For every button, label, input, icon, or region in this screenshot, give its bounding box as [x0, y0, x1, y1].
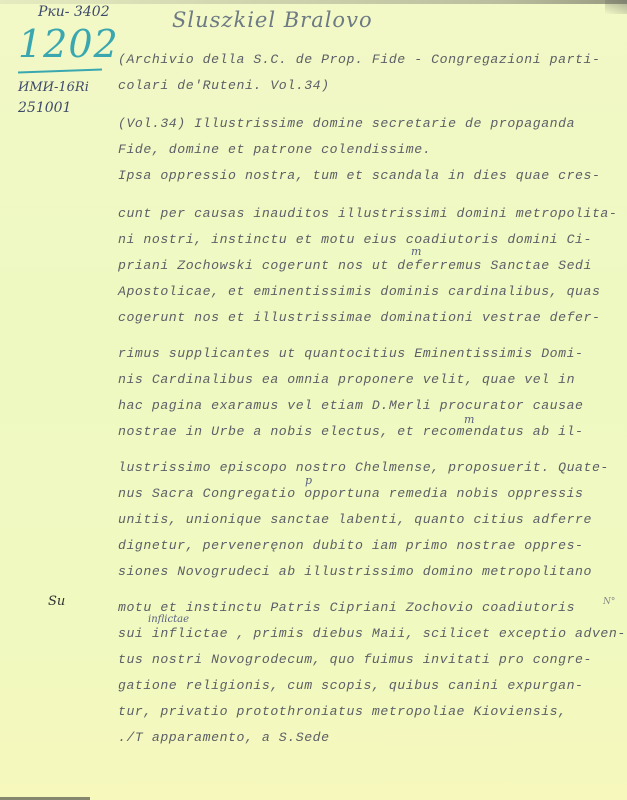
body-line: ./T apparamento, a S.Sede	[118, 730, 330, 745]
handwritten-superscript-p: p	[305, 474, 312, 487]
body-line: lustrissimo episcopo nostro Chelmense, p…	[118, 460, 609, 475]
margin-note-left: Su	[48, 594, 65, 609]
margin-note-right: N°	[603, 597, 615, 607]
body-line: nis Cardinalibus ea omnia proponere veli…	[118, 372, 575, 387]
body-line: Apostolicae, et eminentissimis dominis c…	[118, 284, 600, 299]
source-citation-line-1: (Archivio della S.C. de Prop. Fide - Con…	[118, 52, 600, 67]
body-line: Ipsa oppressio nostra, tum et scandala i…	[118, 168, 600, 183]
body-line: Fide, domine et patrone colendissime.	[118, 142, 431, 157]
body-line: siones Novogrudeci ab illustrissimo domi…	[118, 564, 592, 579]
body-line: sui inflictae , primis diebus Maii, scil…	[118, 626, 626, 641]
body-line: gatione religionis, cum scopis, quibus c…	[118, 678, 584, 693]
source-citation-line-2: colari de'Ruteni. Vol.34)	[118, 78, 330, 93]
page-corner-curl	[605, 0, 627, 14]
body-line: motu et instinctu Patris Cipriani Zochov…	[118, 600, 575, 615]
handwritten-superscript-m: m	[464, 413, 474, 426]
handwritten-insertion: inflictae	[148, 614, 189, 625]
body-line: dignetur, perveneręnon dubito iam primo …	[118, 538, 584, 553]
body-line: tur, privatio protothroniatus metropolia…	[118, 704, 567, 719]
body-line: nostrae in Urbe a nobis electus, et reco…	[118, 424, 584, 439]
archive-ref-code: ИМИ-16Ri	[18, 80, 89, 95]
body-line: nus Sacra Congregatio opportuna remedia …	[118, 486, 584, 501]
body-line: (Vol.34) Illustrissime domine secretarie…	[118, 116, 575, 131]
body-line: cunt per causas inauditos illustrissimi …	[118, 206, 617, 221]
archive-ref-top-note: Рки- 3402	[38, 4, 110, 20]
body-line: cogerunt nos et illustrissimae dominatio…	[118, 310, 600, 325]
archive-ref-id: 251001	[18, 100, 71, 116]
body-line: rimus supplicantes ut quantocitius Emine…	[118, 346, 584, 361]
body-line: tus nostri Novogrodecum, quo fuimus invi…	[118, 652, 592, 667]
body-line: unitis, unionique sanctae labenti, quant…	[118, 512, 592, 527]
handwritten-superscript-m: m	[411, 245, 421, 258]
archive-ref-number: 1202	[18, 22, 119, 66]
body-line: priani Zochowski cogerunt nos ut deferre…	[118, 258, 592, 273]
archive-ref-underline	[18, 69, 102, 74]
author-heading: Sluszkiel Bralovo	[172, 8, 373, 32]
body-line: ni nostri, instinctu et motu eius coadiu…	[118, 232, 592, 247]
body-line: hac pagina exaramus vel etiam D.Merli pr…	[118, 398, 584, 413]
